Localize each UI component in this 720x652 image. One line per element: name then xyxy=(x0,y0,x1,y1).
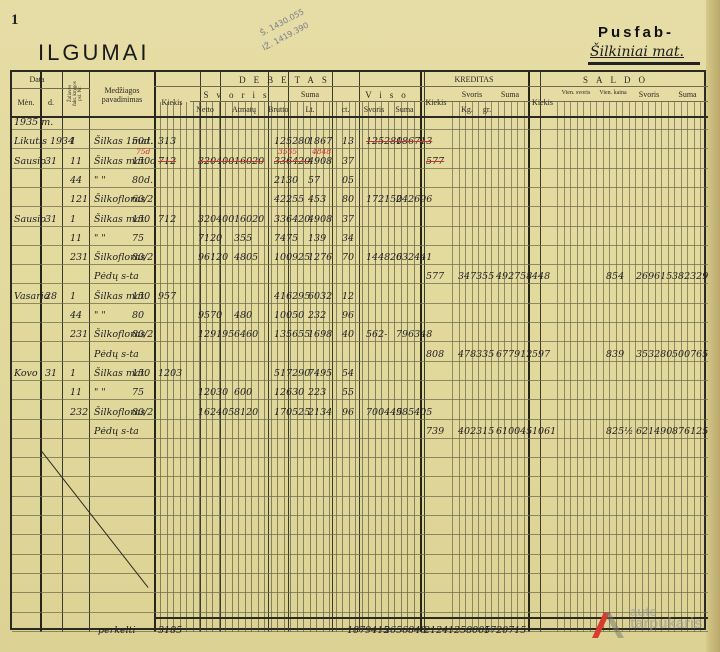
cell-brutto: 10050 xyxy=(274,310,304,321)
watermark-text: autc tarpukaris xyxy=(630,606,703,630)
cell-netto: 12030 xyxy=(198,387,228,398)
header-netto: Netto xyxy=(190,105,220,114)
header-sa_suma: Suma xyxy=(667,90,708,99)
cell-spec: 150d xyxy=(132,156,156,167)
digit-rule xyxy=(193,102,194,632)
cell-spec: 150 xyxy=(132,214,150,225)
cell-spec: 80/2 xyxy=(132,329,153,340)
page-number: 1 xyxy=(11,12,19,29)
cell-lt: 4908 xyxy=(308,214,332,225)
row-rule xyxy=(12,380,708,381)
cell-ct: 70 xyxy=(342,252,354,263)
cell-lt: 1276 xyxy=(308,252,332,263)
column-rule xyxy=(420,72,422,632)
digit-rule xyxy=(694,102,695,632)
cell-kr_suma: 492758 xyxy=(496,271,532,282)
digit-rule xyxy=(642,102,643,632)
cell-ct: 96 xyxy=(342,310,354,321)
cell-nr: 1 xyxy=(70,368,76,379)
cell-sa_vk: 839 xyxy=(606,349,624,360)
digit-rule xyxy=(603,102,604,632)
digit-rule xyxy=(258,102,259,632)
watermark-line-2: tarpukaris xyxy=(630,618,703,630)
cell-men: Sausio xyxy=(14,214,46,225)
cell-atmatu: 600 xyxy=(234,387,252,398)
digit-rule xyxy=(238,102,239,632)
header-brutto: Brutto xyxy=(268,105,288,114)
digit-rule xyxy=(700,102,701,632)
digit-rule xyxy=(225,102,226,632)
cell-viso_suma: 796348 xyxy=(396,329,432,340)
digit-rule xyxy=(616,102,617,632)
cell-nr: 1 xyxy=(70,214,76,225)
header-saldo: SALDO xyxy=(528,75,708,85)
row-rule xyxy=(12,554,708,555)
digit-rule xyxy=(648,102,649,632)
cell-viso_svoris: 562- xyxy=(366,329,387,340)
header-vien_svoris: Vien. svoris xyxy=(557,90,595,96)
cell-sa_svoris: 353280 xyxy=(636,349,672,360)
cell-nr: 121 xyxy=(70,194,88,205)
cell-netto: 9570 xyxy=(198,310,222,321)
cell-atmatu: 6460 xyxy=(234,329,258,340)
cell-name: Pėdų s-ta xyxy=(94,271,139,282)
digit-rule xyxy=(596,102,597,632)
digit-rule xyxy=(655,102,656,632)
digit-rule xyxy=(375,102,376,632)
header-kg: Kg. xyxy=(452,105,482,114)
cell-kiekis: 712 xyxy=(158,214,176,225)
digit-rule xyxy=(394,102,395,632)
cell-brutto: 12630 xyxy=(274,387,304,398)
digit-rule xyxy=(629,102,630,632)
right-header-handwritten: Šilkiniai mat. xyxy=(590,44,684,60)
cell-sa_kiekis: 597 xyxy=(532,349,550,360)
digit-rule xyxy=(271,102,272,632)
cell-d: 31 xyxy=(45,214,57,225)
paper-edge xyxy=(706,0,720,652)
cell-brutto: 416295 xyxy=(274,291,310,302)
row-rule xyxy=(12,129,708,130)
column-rule xyxy=(268,72,269,632)
cell-kiekis: 712 xyxy=(158,156,176,167)
cell-men: Sausio xyxy=(14,156,46,167)
digit-rule xyxy=(583,102,584,632)
digit-rule xyxy=(232,102,233,632)
row-rule xyxy=(12,303,708,304)
header-bottom-rule xyxy=(12,116,708,118)
cell-lt: 2134 xyxy=(308,407,332,418)
cell-nr: 11 xyxy=(70,156,82,167)
cell-spec: 80d. xyxy=(132,175,153,186)
cell-brutto: 135655 xyxy=(274,329,310,340)
cell-nr: 11 xyxy=(70,233,82,244)
cell-men: Kovo xyxy=(14,368,38,379)
cell-brutto: 7475 xyxy=(274,233,298,244)
cell-netto: 162405 xyxy=(198,407,234,418)
cell-name: " " xyxy=(94,310,106,321)
correction-brutto: 3565 xyxy=(278,147,297,156)
cell-nr: 1 xyxy=(70,136,76,147)
digit-rule xyxy=(564,102,565,632)
cell-name: " " xyxy=(94,175,106,186)
row-rule xyxy=(12,168,708,169)
cell-brutto: 336420 xyxy=(274,214,310,225)
cell-nr: 44 xyxy=(70,175,82,186)
cell-d: 31 xyxy=(45,368,57,379)
cell-brutto: 336420 xyxy=(274,156,310,167)
row-rule xyxy=(12,206,708,207)
digit-rule xyxy=(355,102,356,632)
cell-spec: 150 xyxy=(132,291,150,302)
cell-kiekis: 1203 xyxy=(158,368,182,379)
digit-rule xyxy=(491,102,492,632)
cell-sa_vk: 854 xyxy=(606,271,624,282)
row-rule xyxy=(12,438,708,439)
cell-brutto: 100925 xyxy=(274,252,310,263)
header-sa_kiekis: Kiekis xyxy=(528,98,557,107)
cell-kr_suma: 610045 xyxy=(496,426,532,437)
cell-nr: 44 xyxy=(70,310,82,321)
cell-sa_svoris: 621490 xyxy=(636,426,672,437)
cell-lt: 6032 xyxy=(308,291,332,302)
digit-rule xyxy=(381,102,382,632)
digit-rule xyxy=(681,102,682,632)
page-title: ILGUMAI xyxy=(38,40,149,66)
footer-viso_svoris: 1879415 xyxy=(347,625,389,636)
header-kr_svoris: Svoris xyxy=(452,90,492,99)
digit-rule xyxy=(362,102,363,632)
header-debetas: DEBETAS xyxy=(154,75,420,85)
cell-spec: 80/2 xyxy=(132,252,153,263)
cell-ct: 37 xyxy=(342,214,354,225)
cell-atmatu: 4805 xyxy=(234,252,258,263)
cell-spec: 150 xyxy=(132,368,150,379)
digit-rule xyxy=(485,102,486,632)
header-viso_svoris: Svoris xyxy=(359,105,389,114)
cell-spec: 75 xyxy=(132,387,144,398)
cell-name: " " xyxy=(94,387,106,398)
row-rule xyxy=(12,399,708,400)
row-rule xyxy=(12,283,708,284)
digit-rule xyxy=(635,102,636,632)
cell-kr_suma: 677912 xyxy=(496,349,532,360)
row-rule xyxy=(12,457,708,458)
digit-rule xyxy=(478,102,479,632)
cell-kr_svoris: 347355 xyxy=(458,271,494,282)
ledger-page: 1 ILGUMAI Š. 1430.055 IŽ. 1419.390 Pusfa… xyxy=(0,0,720,652)
header-kiekis: Kiekis xyxy=(154,98,190,107)
cell-name: " " xyxy=(94,233,106,244)
cell-lt: 4908 xyxy=(308,156,332,167)
digit-rule xyxy=(524,102,525,632)
cell-ct: 05 xyxy=(342,175,354,186)
digit-rule xyxy=(609,102,610,632)
cell-atmatu: 355 xyxy=(234,233,252,244)
header-zaliavos: Žaliavos fakt. knygos psl. Nr. xyxy=(68,80,83,107)
row-rule xyxy=(12,592,708,593)
digit-rule xyxy=(622,102,623,632)
cell-netto: 96120 xyxy=(198,252,228,263)
row-rule xyxy=(12,245,708,246)
row-rule xyxy=(12,515,708,516)
row-rule xyxy=(12,264,708,265)
cell-nr: 232 xyxy=(70,407,88,418)
digit-rule xyxy=(251,102,252,632)
cell-nr: 231 xyxy=(70,329,88,340)
digit-rule xyxy=(186,102,187,632)
cell-ct: 54 xyxy=(342,368,354,379)
cell-viso_suma: 186713 xyxy=(396,136,432,147)
cell-atmatu: 16020 xyxy=(234,214,264,225)
header-medziagos: Medžiagos pavadinimas xyxy=(90,86,154,104)
cell-ct: 80 xyxy=(342,194,354,205)
cell-kr_kiekis: 808 xyxy=(426,349,444,360)
header-data: Data xyxy=(12,75,62,84)
cell-netto: 320400 xyxy=(198,214,234,225)
digit-rule xyxy=(504,102,505,632)
watermark-logo-icon xyxy=(590,612,630,638)
cell-ct: 37 xyxy=(342,156,354,167)
row-rule xyxy=(12,341,708,342)
digit-rule xyxy=(661,102,662,632)
cell-brutto: 2130 xyxy=(274,175,298,186)
digit-rule xyxy=(212,102,213,632)
digit-rule xyxy=(414,102,415,632)
cell-men: 1935 m. xyxy=(14,117,53,128)
column-rule xyxy=(62,72,63,632)
cell-kr_kiekis: 577 xyxy=(426,156,444,167)
digit-rule xyxy=(590,102,591,632)
digit-rule xyxy=(452,102,453,632)
cell-ct: 12 xyxy=(342,291,354,302)
row-rule xyxy=(12,573,708,574)
digit-rule xyxy=(264,102,265,632)
footer-kr_kiekis: 2124 xyxy=(424,625,448,636)
column-rule xyxy=(424,72,425,632)
digit-rule xyxy=(368,102,369,632)
row-rule xyxy=(12,476,708,477)
cell-d: 31 xyxy=(45,156,57,167)
correction-spec: 75d xyxy=(136,147,150,156)
cell-viso_suma: 242696 xyxy=(396,194,432,205)
cell-netto: 7120 xyxy=(198,233,222,244)
digit-rule xyxy=(472,102,473,632)
digit-rule xyxy=(336,102,337,632)
header-sa_svoris: Svoris xyxy=(631,90,667,99)
cell-kr_svoris: 402315 xyxy=(458,426,494,437)
digit-rule xyxy=(517,102,518,632)
header-svoris: Svoris xyxy=(190,90,288,100)
row-rule xyxy=(12,496,708,497)
cell-kr_kiekis: 577 xyxy=(426,271,444,282)
cell-lt: 139 xyxy=(308,233,326,244)
cell-netto: 129195 xyxy=(198,329,234,340)
cell-spec: 80/2 xyxy=(132,407,153,418)
digit-rule xyxy=(245,102,246,632)
digit-rule xyxy=(388,102,389,632)
digit-rule xyxy=(557,102,558,632)
row-rule xyxy=(12,361,708,362)
cell-nr: 11 xyxy=(70,387,82,398)
cell-lt: 453 xyxy=(308,194,326,205)
cell-kiekis: 313 xyxy=(158,136,176,147)
cell-ct: 96 xyxy=(342,407,354,418)
cell-viso_suma: 632441 xyxy=(396,252,432,263)
correction-lt: 4848 xyxy=(312,147,331,156)
cell-brutto: 170525 xyxy=(274,407,310,418)
header-viso: Viso xyxy=(359,90,420,100)
cell-sa_suma: 876125 xyxy=(672,426,708,437)
cell-atmatu: 480 xyxy=(234,310,252,321)
right-header-printed: Pusfab- xyxy=(598,24,674,41)
column-rule xyxy=(359,72,360,632)
row-rule xyxy=(12,534,708,535)
row-rule xyxy=(12,148,708,149)
cell-atmatu: 8120 xyxy=(234,407,258,418)
header-d: d. xyxy=(40,98,62,107)
cell-sa_svoris: 269615 xyxy=(636,271,672,282)
digit-rule xyxy=(498,102,499,632)
digit-rule xyxy=(407,102,408,632)
header-lt: Lt. xyxy=(288,105,332,114)
cell-spec: 80 xyxy=(132,310,144,321)
digit-rule xyxy=(674,102,675,632)
row-rule xyxy=(12,419,708,420)
cell-name: Pėdų s-ta xyxy=(94,426,139,437)
header-vien_kaina: Vien. kaina xyxy=(595,90,631,96)
cell-lt: 1698 xyxy=(308,329,332,340)
cell-viso_suma: 985405 xyxy=(396,407,432,418)
cell-ct: 34 xyxy=(342,233,354,244)
row-rule xyxy=(12,322,708,323)
digit-rule xyxy=(465,102,466,632)
cell-sa_suma: 382329 xyxy=(672,271,708,282)
header-kr_suma: Suma xyxy=(492,90,528,99)
header-men: Mėn. xyxy=(12,98,40,107)
cell-spec: 75 xyxy=(132,233,144,244)
digit-rule xyxy=(668,102,669,632)
digit-rule xyxy=(570,102,571,632)
footer-kr_suma: 1720715 xyxy=(484,625,526,636)
header-kreditas: KREDITAS xyxy=(420,75,528,84)
cell-sa_vk: 825½ xyxy=(606,426,633,437)
cell-ct: 40 xyxy=(342,329,354,340)
header-suma: Suma xyxy=(288,90,332,99)
header-atmatu: Atmatų xyxy=(220,105,268,114)
cell-d: 28 xyxy=(45,291,57,302)
cell-men: Likutis 1934 xyxy=(14,136,74,147)
cell-sa_suma: 500765 xyxy=(672,349,708,360)
digit-rule xyxy=(577,102,578,632)
cell-kiekis: 957 xyxy=(158,291,176,302)
cell-lt: 7495 xyxy=(308,368,332,379)
header-kr_kiekis: Kiekis xyxy=(420,98,452,107)
cell-lt: 223 xyxy=(308,387,326,398)
footer-label: perkelti xyxy=(98,625,136,636)
header-rule xyxy=(154,86,708,87)
cell-brutto: 517290 xyxy=(274,368,310,379)
digit-rule xyxy=(199,102,200,632)
cell-atmatu: 16020 xyxy=(234,156,264,167)
digit-rule xyxy=(206,102,207,632)
header-gr: gr. xyxy=(482,105,492,114)
column-rule xyxy=(89,72,90,632)
row-rule xyxy=(12,187,708,188)
cell-kr_kiekis: 739 xyxy=(426,426,444,437)
digit-rule xyxy=(511,102,512,632)
cell-sa_kiekis: 1061 xyxy=(532,426,556,437)
cell-lt: 232 xyxy=(308,310,326,321)
cell-kr_svoris: 478335 xyxy=(458,349,494,360)
digit-rule xyxy=(401,102,402,632)
cell-brutto: 42255 xyxy=(274,194,304,205)
header-ct: ct. xyxy=(332,105,359,114)
cell-nr: 231 xyxy=(70,252,88,263)
footer-viso_suma: 2656840 xyxy=(384,625,426,636)
cell-nr: 1 xyxy=(70,291,76,302)
digit-rule xyxy=(459,102,460,632)
cell-netto: 320400 xyxy=(198,156,234,167)
digit-rule xyxy=(687,102,688,632)
cell-name: Pėdų s-ta xyxy=(94,349,139,360)
cell-ct: 13 xyxy=(342,136,354,147)
footer-kiekis: 3185 xyxy=(158,625,182,636)
digit-rule xyxy=(219,102,220,632)
row-rule xyxy=(12,226,708,227)
cell-sa_kiekis: 448 xyxy=(532,271,550,282)
cell-ct: 55 xyxy=(342,387,354,398)
right-header-underline xyxy=(588,62,700,65)
cell-lt: 57 xyxy=(308,175,320,186)
header-viso_suma: Suma xyxy=(389,105,420,114)
cell-spec: 60/2 xyxy=(132,194,153,205)
